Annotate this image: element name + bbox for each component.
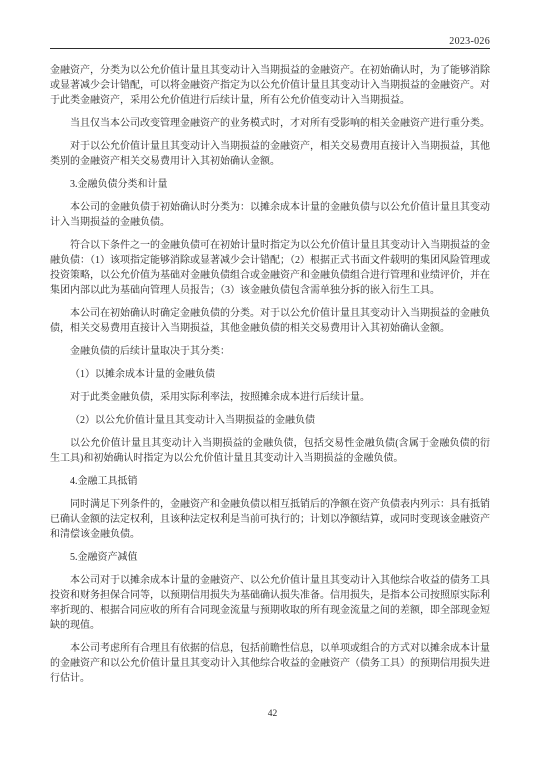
paragraph: 本公司对于以摊余成本计量的金融资产、以公允价值计量且其变动计入其他综合收益的债务… <box>50 573 490 633</box>
paragraph: 以公允价值计量且其变动计入当期损益的金融负债，包括交易性金融负债(含属于金融负债… <box>50 436 490 466</box>
paragraph: 本公司考虑所有合理且有依据的信息，包括前瞻性信息，以单项或组合的方式对以摊余成本… <box>50 641 490 686</box>
document-page: 2023-026 金融资产，分类为以公允价值计量且其变动计入当期损益的金融资产。… <box>0 0 545 771</box>
header-rule <box>50 48 490 49</box>
paragraph-continuation: 金融资产，分类为以公允价值计量且其变动计入当期损益的金融资产。在初始确认时，为了… <box>50 63 490 108</box>
page-number: 42 <box>268 709 278 719</box>
section-heading-5: 5.金融资产减值 <box>50 550 490 565</box>
paragraph: 本公司在初始确认时确定金融负债的分类。对于以公允价值计量且其变动计入当期损益的金… <box>50 306 490 336</box>
paragraph: 金融负债的后续计量取决于其分类： <box>50 344 490 359</box>
document-body: 金融资产，分类为以公允价值计量且其变动计入当期损益的金融资产。在初始确认时，为了… <box>50 63 490 686</box>
paragraph: 当且仅当本公司改变管理金融资产的业务模式时，才对所有受影响的相关金融资产进行重分… <box>50 116 490 131</box>
page-footer: 42 <box>0 703 545 721</box>
page-header: 2023-026 <box>50 31 490 49</box>
paragraph: 对于以公允价值计量且其变动计入当期损益的金融资产，相关交易费用直接计入当期损益，… <box>50 139 490 169</box>
list-item-2: （2）以公允价值计量且其变动计入当期损益的金融负债 <box>50 413 490 428</box>
section-heading-3: 3.金融负债分类和计量 <box>50 177 490 192</box>
paragraph: 对于此类金融负债，采用实际利率法，按照摊余成本进行后续计量。 <box>50 390 490 405</box>
paragraph: 本公司的金融负债于初始确认时分类为：以摊余成本计量的金融负债与以公允价值计量且其… <box>50 200 490 230</box>
paragraph: 同时满足下列条件的，金融资产和金融负债以相互抵销后的净额在资产负债表内列示：具有… <box>50 497 490 542</box>
section-heading-4: 4.金融工具抵销 <box>50 474 490 489</box>
document-number: 2023-026 <box>449 36 490 47</box>
list-item-1: （1）以摊余成本计量的金融负债 <box>50 367 490 382</box>
paragraph: 符合以下条件之一的金融负债可在初始计量时指定为以公允价值计量且其变动计入当期损益… <box>50 238 490 298</box>
